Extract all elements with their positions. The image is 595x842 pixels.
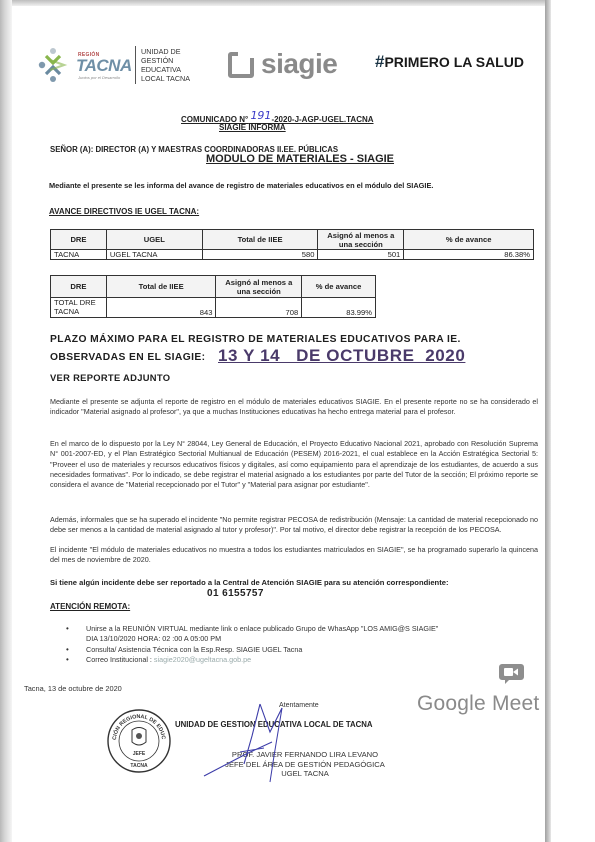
slogan-text: PRIMERO LA SALUD — [384, 54, 523, 70]
page-margin — [551, 0, 595, 842]
intro-text: Mediante el presente se les informa del … — [49, 181, 433, 190]
list-item-text: Unirse a la REUNIÓN VIRTUAL mediante lin… — [86, 624, 438, 633]
cell-dre: TACNA — [51, 250, 107, 260]
col-header: Asignó al menos a una sección — [216, 276, 302, 298]
communique-suffix: -2020-J-AGP-UGEL.TACNA — [271, 115, 373, 124]
incident-report-note: Si tiene algún incidente debe ser report… — [50, 578, 448, 587]
seal-top-text: DIRECCIÓN REGIONAL DE EDUCACIÓN — [106, 708, 166, 740]
remote-support-list: Unirse a la REUNIÓN VIRTUAL mediante lin… — [66, 624, 438, 666]
dre-progress-table: DRE Total de IIEE Asignó al menos a una … — [50, 275, 376, 318]
region-slogan: Juntos por el Desarrollo — [78, 75, 120, 80]
scan-edge-left — [0, 0, 12, 842]
ugel-logo-text: UNIDAD DE GESTIÓN EDUCATIVA LOCAL TACNA — [141, 47, 190, 83]
col-header: Asignó al menos a una sección — [318, 230, 404, 250]
see-report-note: VER REPORTE ADJUNTO — [50, 372, 170, 383]
scan-edge-top — [12, 0, 572, 6]
cell-assigned: 501 — [318, 250, 404, 260]
table-header-row: DRE UGEL Total de IIEE Asignó al menos a… — [51, 230, 534, 250]
ugel-progress-table: DRE UGEL Total de IIEE Asignó al menos a… — [50, 229, 534, 260]
siagie-wordmark: siagie — [261, 48, 337, 80]
siagie-logo: siagie — [228, 48, 348, 82]
seal-center-text: JEFE — [133, 751, 146, 757]
list-item-schedule: DIA 13/10/2020 HORA: 02 :00 A 05:00 PM — [86, 634, 438, 644]
col-header: Total de IIEE — [202, 230, 318, 250]
region-emblem-icon — [36, 46, 70, 84]
col-header: DRE — [51, 276, 107, 298]
support-phone: 01 6155757 — [207, 588, 264, 599]
table-row: TACNA UGEL TACNA 580 501 86.38% — [51, 250, 534, 260]
paragraph-pecosa-incident: Además, informales que se ha superado el… — [50, 515, 538, 536]
paragraph-students-incident: El incidente "El módulo de materiales ed… — [50, 545, 538, 566]
video-camera-icon — [499, 662, 524, 684]
deadline-dates: 13 Y 14 DE OCTUBRE 2020 — [218, 346, 465, 366]
ugel-line: EDUCATIVA — [141, 65, 190, 74]
handwritten-signature-icon — [200, 696, 310, 786]
col-header: % de avance — [302, 276, 376, 298]
cell-ugel: UGEL TACNA — [106, 250, 202, 260]
header-slogan: #PRIMERO LA SALUD — [375, 52, 524, 72]
handwritten-number: 191 — [250, 109, 271, 122]
ugel-line: LOCAL TACNA — [141, 74, 190, 83]
cell-total: 843 — [106, 298, 216, 318]
list-item-text: Correo Institucional : — [86, 655, 154, 664]
paragraph-legal-framework: En el marco de lo dispuesto por la Ley N… — [50, 439, 538, 490]
table-row: TOTAL DRE TACNA 843 708 83.99% — [51, 298, 376, 318]
communique-subtitle: SIAGIE INFORMA — [219, 123, 286, 132]
region-tacna-logo: REGIÓN TACNA Juntos por el Desarrollo — [36, 46, 131, 86]
col-header: % de avance — [404, 230, 534, 250]
region-name: TACNA — [76, 56, 132, 76]
siagie-logo-mark-cut — [238, 48, 256, 58]
email-link[interactable]: siagie2020@ugeltacna.gob.pe — [154, 655, 251, 664]
col-header: DRE — [51, 230, 107, 250]
deadline-line: PLAZO MÁXIMO PARA EL REGISTRO DE MATERIA… — [50, 334, 461, 345]
list-item: Consulta/ Asistencia Técnica con la Esp.… — [66, 645, 438, 655]
svg-text:DIRECCIÓN REGIONAL DE EDUCACIÓ: DIRECCIÓN REGIONAL DE EDUCACIÓN — [106, 708, 166, 740]
list-item: Unirse a la REUNIÓN VIRTUAL mediante lin… — [66, 624, 438, 645]
cell-assigned: 708 — [216, 298, 302, 318]
deadline-observed: OBSERVADAS EN EL SIAGIE: — [50, 352, 206, 363]
official-seal-icon: DIRECCIÓN REGIONAL DE EDUCACIÓN JEFE TAC… — [106, 708, 172, 774]
place-date: Tacna, 13 de octubre de 2020 — [24, 684, 122, 693]
paragraph-report: Mediante el presente se adjunta el repor… — [50, 397, 538, 418]
ugel-line: UNIDAD DE — [141, 47, 190, 56]
cell-total: 580 — [202, 250, 318, 260]
list-item: Correo Institucional : siagie2020@ugelta… — [66, 655, 438, 665]
header-divider — [135, 46, 136, 84]
seal-bottom-text: TACNA — [130, 763, 148, 769]
col-header: Total de IIEE — [106, 276, 216, 298]
table-header-row: DRE Total de IIEE Asignó al menos a una … — [51, 276, 376, 298]
module-title: MODULO DE MATERIALES - SIAGIE — [206, 153, 394, 165]
ugel-line: GESTIÓN — [141, 56, 190, 65]
google-meet-label: Google Meet — [417, 692, 539, 716]
remote-support-heading: ATENCIÓN REMOTA: — [50, 602, 130, 611]
col-header: UGEL — [106, 230, 202, 250]
list-item-text: Consulta/ Asistencia Técnica con la Esp.… — [86, 645, 302, 654]
cell-percent: 83.99% — [302, 298, 376, 318]
cell-percent: 86.38% — [404, 250, 534, 260]
progress-heading: AVANCE DIRECTIVOS IE UGEL TACNA: — [49, 207, 199, 216]
cell-dre: TOTAL DRE TACNA — [51, 298, 107, 318]
